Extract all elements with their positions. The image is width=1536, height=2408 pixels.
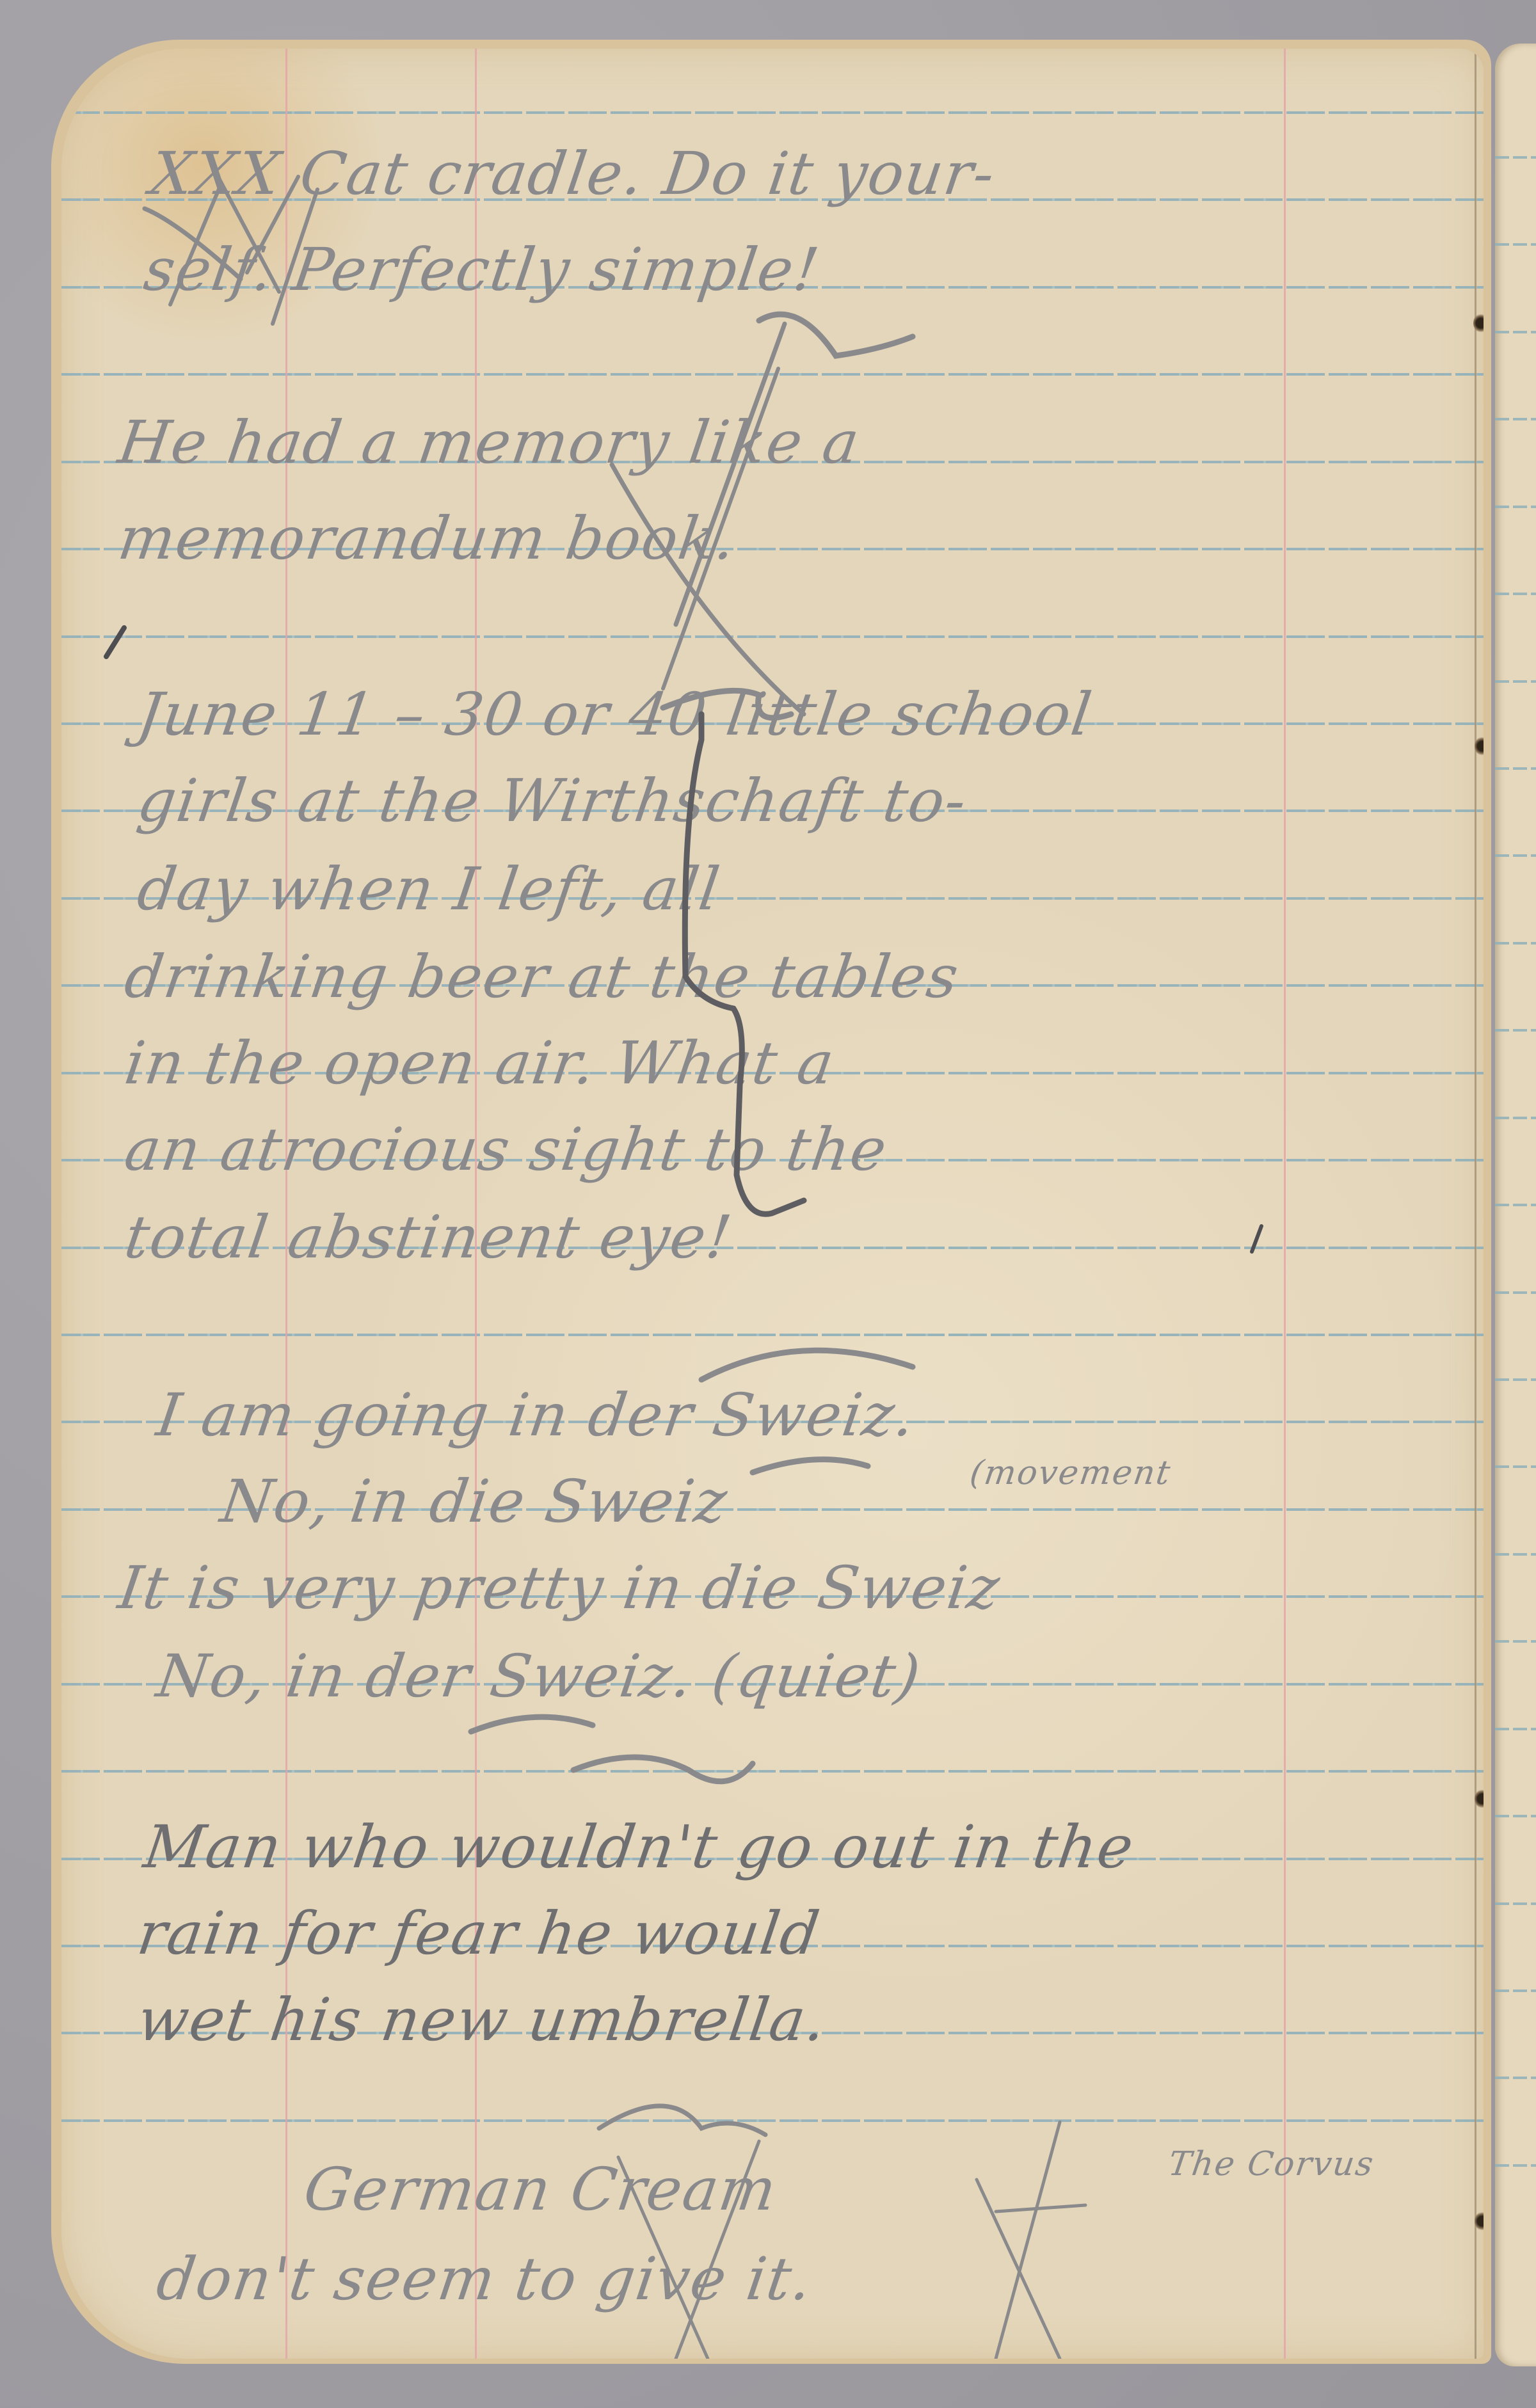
- rule-line: [61, 373, 1484, 376]
- entry-june-line-5: in the open air. What a: [122, 1034, 838, 1093]
- entry-memory-line-2: memorandum book.: [115, 509, 740, 568]
- entry-june-line-7: total abstinent eye!: [122, 1208, 736, 1267]
- entry-german-cream-line-2: don't seem to give it.: [154, 2250, 817, 2309]
- entry-june-line-1: June 11 – 30 or 40 little school: [134, 685, 1096, 744]
- annotation-movement: (movement: [968, 1456, 1173, 1490]
- rule-line: [61, 635, 1484, 638]
- page-fold: [1475, 49, 1476, 2359]
- entry-umbrella-line-3: wet his new umbrella.: [134, 1991, 831, 2050]
- annotation-the-corvus: The Corvus: [1166, 2148, 1376, 2181]
- rule-line: [61, 2119, 1484, 2122]
- entry-schweiz-line-2: No, in die Sweiz: [218, 1472, 732, 1531]
- entry-schweiz-line-3: It is very pretty in die Sweiz: [115, 1559, 1005, 1618]
- entry-memory-line-1: He had a memory like a: [115, 413, 864, 472]
- entry-umbrella-line-1: Man who wouldn't go out in the: [141, 1818, 1139, 1877]
- entry-june-line-4: drinking beer at the tables: [122, 948, 963, 1007]
- entry-cat-cradle-line-2: self. Perfectly simple!: [141, 241, 824, 299]
- entry-june-line-2: girls at the Wirthschaft to-: [134, 772, 971, 831]
- rule-line: [61, 1770, 1484, 1773]
- entry-schweiz-line-4: No, in der Sweiz. (quiet): [154, 1647, 925, 1706]
- rule-line: [61, 1334, 1484, 1336]
- rule-line: [61, 111, 1484, 114]
- entry-umbrella-line-2: rain for fear he would: [134, 1904, 824, 1963]
- next-page-edge: [1495, 44, 1536, 2366]
- margin-line-right: [1284, 49, 1286, 2359]
- entry-german-cream-line-1: German Cream: [301, 2160, 781, 2219]
- notebook-page: XXX Cat cradle. Do it your- self. Perfec…: [61, 49, 1484, 2359]
- entry-schweiz-line-1: I am going in der Sweiz.: [154, 1386, 920, 1445]
- entry-june-line-3: day when I left, all: [134, 860, 724, 919]
- entry-june-line-6: an atrocious sight to the: [122, 1120, 892, 1179]
- entry-cat-cradle-line-1: XXX Cat cradle. Do it your-: [147, 145, 999, 203]
